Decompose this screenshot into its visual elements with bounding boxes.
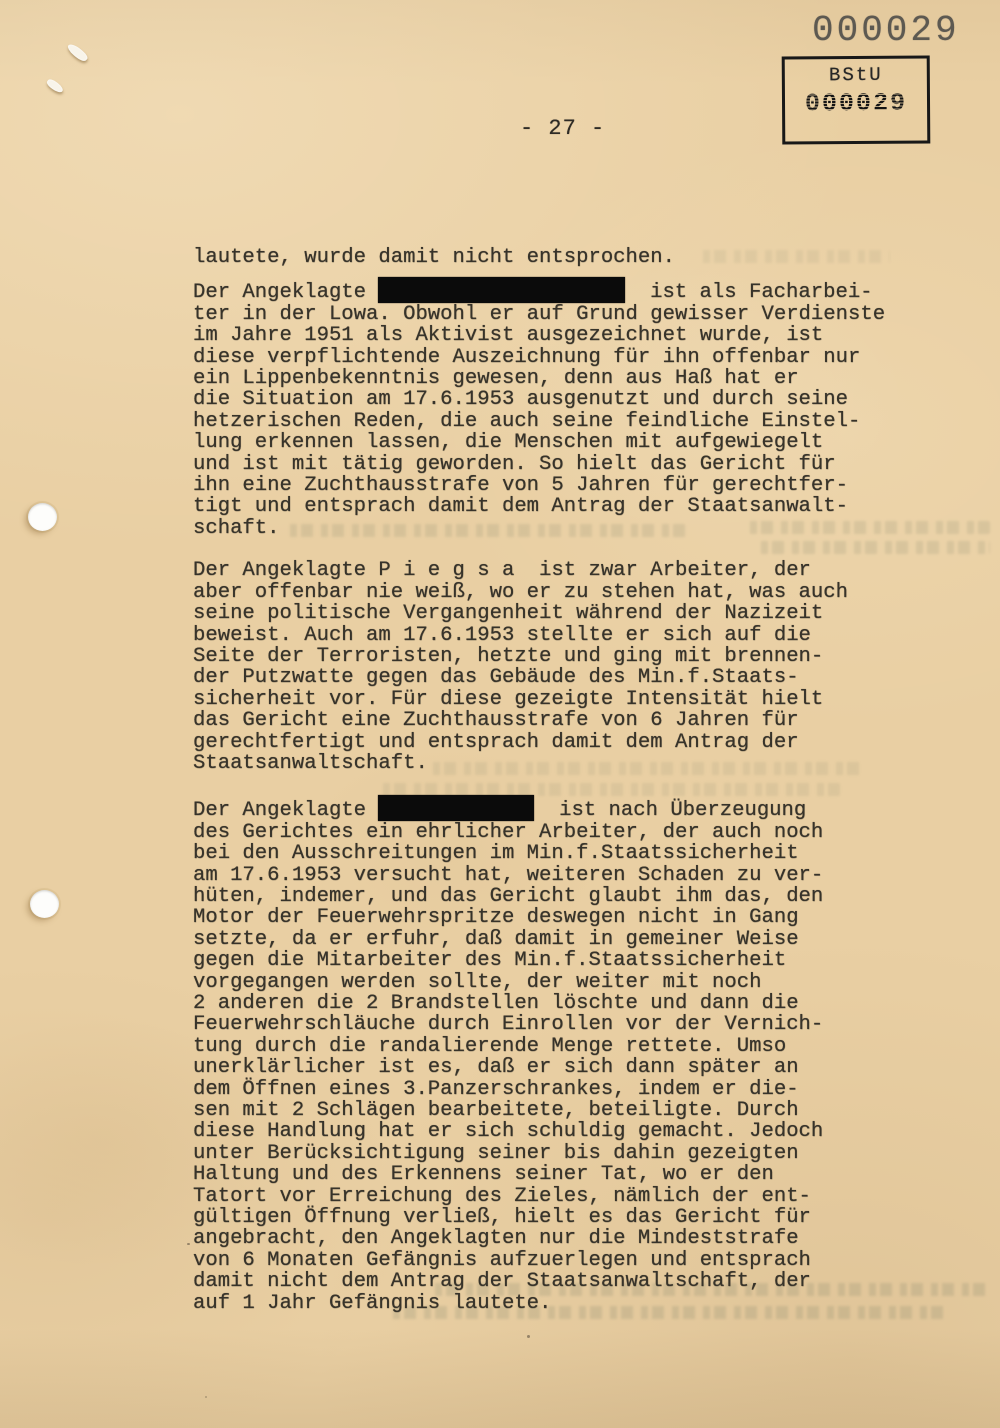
typed-line: Der Angeklagte ist nach Überzeugung — [193, 795, 923, 821]
typed-line: unter Berücksichtigung seiner bis dahin … — [193, 1143, 923, 1164]
typed-line: auf 1 Jahr Gefängnis lautete. — [193, 1293, 923, 1314]
typed-line: Tatort vor Erreichung des Zieles, nämlic… — [193, 1186, 923, 1207]
typed-line: des Gerichtes ein ehrlicher Arbeiter, de… — [193, 822, 923, 843]
paragraph-defendant-piegsa: Der Angeklagte P i e g s a ist zwar Arbe… — [193, 560, 923, 774]
typed-line: diese Handlung hat er sich schuldig gema… — [193, 1121, 923, 1142]
typed-line: sicherheit vor. Für diese gezeigte Inten… — [193, 689, 923, 710]
typed-line: das Gericht eine Zuchthausstrafe von 6 J… — [193, 710, 923, 731]
bstu-stamp: BStU 000029 — [782, 55, 931, 144]
punch-hole — [30, 890, 59, 918]
typed-line: ein Lippenbekenntnis gewesen, denn aus H… — [193, 368, 923, 389]
typed-line: am 17.6.1953 versucht hat, weiteren Scha… — [193, 865, 923, 886]
typed-line: von 6 Monaten Gefängnis aufzuerlegen und… — [193, 1250, 923, 1271]
typed-line: die Situation am 17.6.1953 ausgenutzt un… — [193, 389, 923, 410]
typed-line: Feuerwehrschläuche durch Einrollen vor d… — [193, 1014, 923, 1035]
typed-line: hüten, indemer, und das Gericht glaubt i… — [193, 886, 923, 907]
paragraph-intro-fragment: lautete, wurde damit nicht entsprochen. — [193, 247, 923, 268]
paper-speck — [205, 1396, 207, 1398]
typed-line: vorgegangen werden sollte, der weiter mi… — [193, 972, 923, 993]
page-number: - 27 - — [520, 116, 605, 141]
typed-line: bei den Ausschreitungen im Min.f.Staatss… — [193, 843, 923, 864]
staple-mark — [45, 77, 64, 94]
typed-line: seine politische Vergangenheit während d… — [193, 603, 923, 624]
typed-line: Haltung und des Erkennens seiner Tat, wo… — [193, 1164, 923, 1185]
typed-line: ter in der Lowa. Obwohl er auf Grund gew… — [193, 304, 923, 325]
typed-line: Staatsanwaltschaft. — [193, 753, 923, 774]
redaction-bar — [378, 277, 625, 303]
typed-line: aber offenbar nie weiß, wo er zu stehen … — [193, 582, 923, 603]
typed-line: gültigen Öffnung verließ, hielt es das G… — [193, 1207, 923, 1228]
serial-number-stamp: 000029 — [812, 10, 960, 51]
typed-line: unerklärlicher ist es, daß er sich dann … — [193, 1057, 923, 1078]
scanned-document-page: 000029 BStU 000029 - 27 - lautete, wurde… — [0, 0, 1000, 1428]
punch-hole — [28, 503, 57, 531]
typed-line: Seite der Terroristen, hetzte und ging m… — [193, 646, 923, 667]
typed-line: 2 anderen die 2 Brandstellen löschte und… — [193, 993, 923, 1014]
typed-line: Der Angeklagte ist als Facharbei- — [193, 277, 923, 303]
typed-line: tung durch die randalierende Menge rette… — [193, 1036, 923, 1057]
document-text: lautete, wurde damit nicht entsprochen.D… — [193, 247, 923, 1335]
paper-speck — [527, 1335, 530, 1338]
paragraph-defendant-redacted-2: Der Angeklagte ist nach Überzeugungdes G… — [193, 795, 923, 1314]
typed-line: dem Öffnen eines 3.Panzerschrankes, inde… — [193, 1079, 923, 1100]
typed-line: tigt und entsprach damit dem Antrag der … — [193, 496, 923, 517]
staple-mark — [66, 42, 89, 64]
typed-line: lautete, wurde damit nicht entsprochen. — [193, 247, 923, 268]
typed-line: damit nicht dem Antrag der Staatsanwalts… — [193, 1271, 923, 1292]
typed-line: der Putzwatte gegen das Gebäude des Min.… — [193, 667, 923, 688]
typed-line: ihn eine Zuchthausstrafe von 5 Jahren fü… — [193, 475, 923, 496]
typed-line: setzte, da er erfuhr, daß damit in gemei… — [193, 929, 923, 950]
redaction-bar — [378, 795, 534, 821]
typed-line: lung erkennen lassen, die Menschen mit a… — [193, 432, 923, 453]
typed-line: schaft. — [193, 518, 923, 539]
paper-speck — [187, 1243, 190, 1245]
typed-line: gegen die Mitarbeiter des Min.f.Staatssi… — [193, 950, 923, 971]
typed-line: und ist mit tätig geworden. So hielt das… — [193, 454, 923, 475]
bstu-stamp-number: 000029 — [785, 89, 927, 119]
typed-line: sen mit 2 Schlägen bearbeitete, beteilig… — [193, 1100, 923, 1121]
typed-line: im Jahre 1951 als Aktivist ausgezeichnet… — [193, 325, 923, 346]
typed-line: Der Angeklagte P i e g s a ist zwar Arbe… — [193, 560, 923, 581]
bstu-stamp-label: BStU — [785, 64, 927, 87]
typed-line: beweist. Auch am 17.6.1953 stellte er si… — [193, 625, 923, 646]
typed-line: Motor der Feuerwehrspritze deswegen nich… — [193, 907, 923, 928]
typed-line: diese verpflichtende Auszeichnung für ih… — [193, 347, 923, 368]
typed-line: angebracht, den Angeklagten nur die Mind… — [193, 1228, 923, 1249]
typed-line: hetzerischen Reden, die auch seine feind… — [193, 411, 923, 432]
paragraph-defendant-redacted-1: Der Angeklagte ist als Facharbei-ter in … — [193, 277, 923, 539]
typed-line: gerechtfertigt und entsprach damit dem A… — [193, 732, 923, 753]
